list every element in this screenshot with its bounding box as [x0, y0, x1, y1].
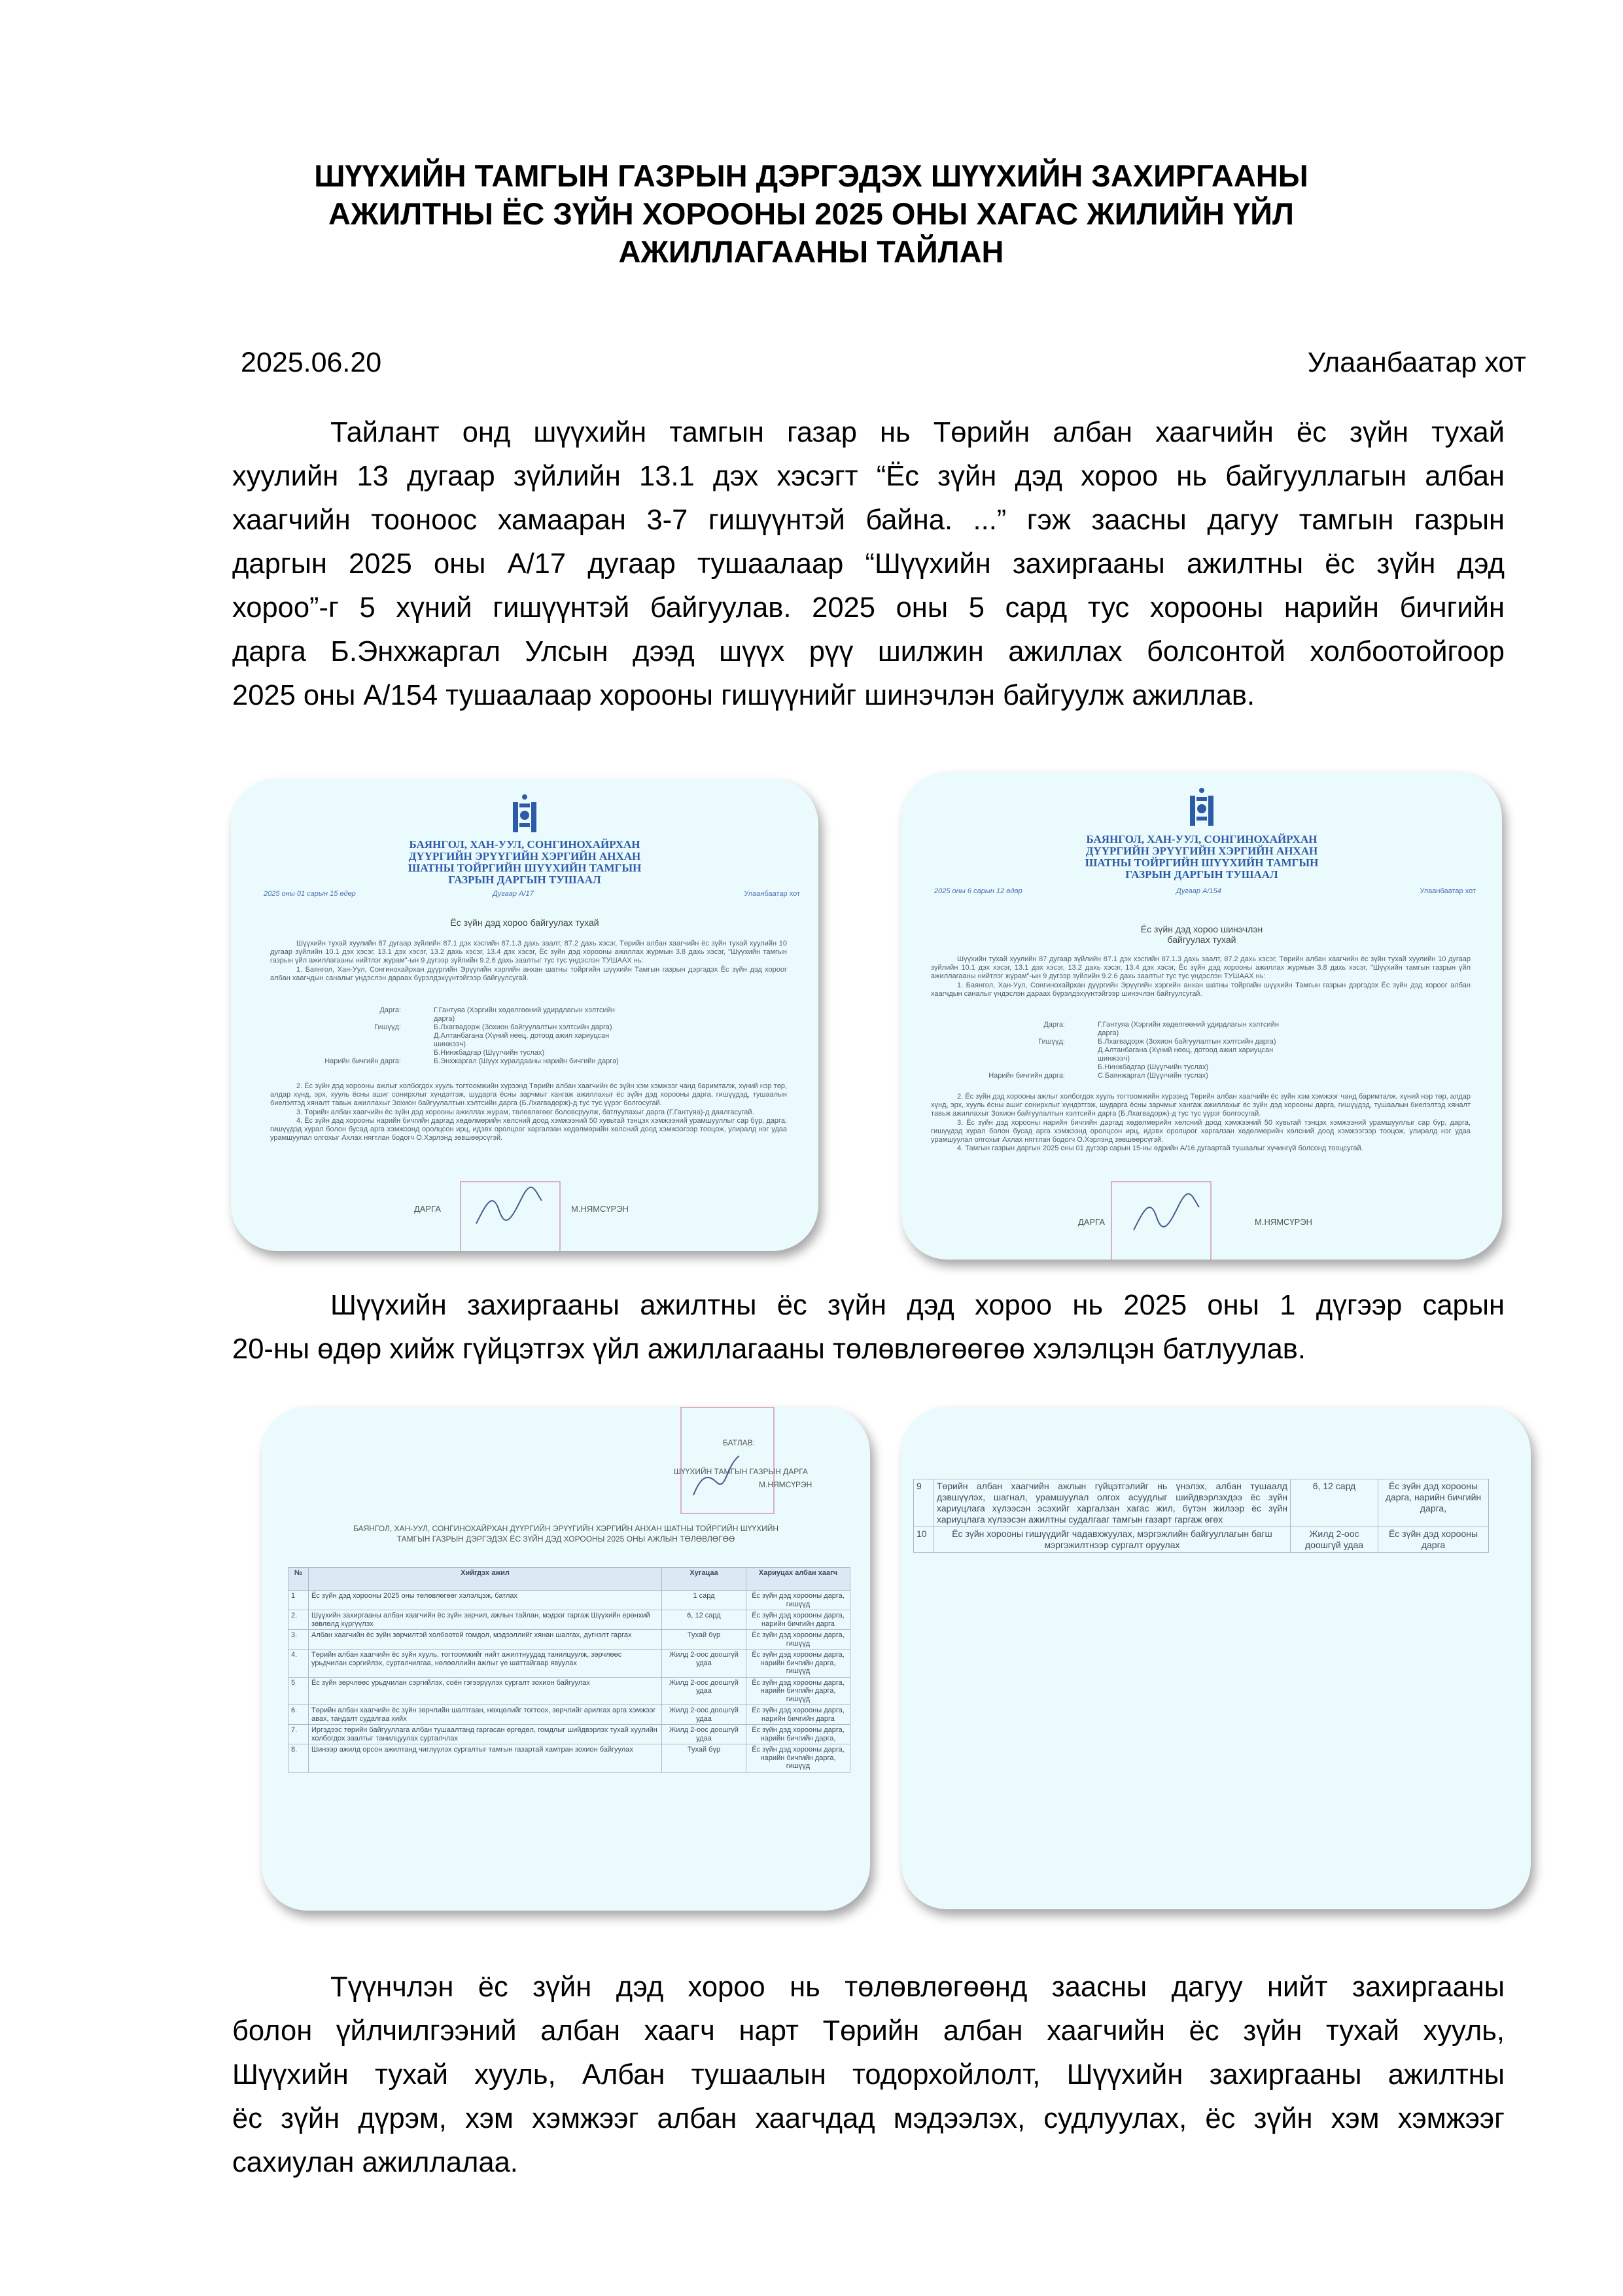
report-city: Улаанбаатар хот [1308, 344, 1526, 381]
table-row: 3.Албан хаагчийн ёс зүйн зөрчилтэй холбо… [288, 1630, 850, 1650]
paragraph-line: 2025 оны А/154 тушаалаар хорооны гишүүни… [232, 674, 1505, 718]
committee-members: Дарга:Г.Гантуяа (Хэргийн хөдөлгөөний уди… [270, 1006, 630, 1066]
plan-title: БАЯНГОЛ, ХАН-УУЛ, СОНГИНОХАЙРХАН ДҮҮРГИЙ… [262, 1523, 870, 1544]
issuer-heading: БАЯНГОЛ, ХАН-УУЛ, СОНГИНОХАЙРХАН ДҮҮРГИЙ… [231, 839, 818, 886]
table-row: 1Ёс зүйн дэд хорооны 2025 оны төлөвлөгөө… [288, 1591, 850, 1610]
order-preamble: Шүүхийн тухай хуулийн 87 дугаар зүйлийн … [270, 940, 787, 983]
paragraph-line: даргын 2025 оны А/17 дугаар тушаалаар “Ш… [232, 542, 1505, 586]
paragraph-line: Шүүхийн захиргааны ажилтны ёс зүйн дэд х… [232, 1284, 1505, 1328]
paragraph-plan: Шүүхийн захиргааны ажилтны ёс зүйн дэд х… [232, 1284, 1505, 1371]
paragraph-line: ёс зүйн дүрэм, хэм хэмжээг албан хаагчда… [232, 2097, 1505, 2141]
paragraph-line: хуулийн 13 дугаар зүйлийн 13.1 дэх хэсэг… [232, 455, 1505, 499]
order-city: Улаанбаатар хот [1420, 887, 1476, 895]
signer-title: ДАРГА [1078, 1217, 1105, 1227]
scanned-order-a17: БАЯНГОЛ, ХАН-УУЛ, СОНГИНОХАЙРХАН ДҮҮРГИЙ… [231, 779, 818, 1251]
paragraph-line: хаагчийн тооноос хамааран 3-7 гишүүнтэй … [232, 499, 1505, 542]
scanned-work-plan-page2: 9Төрийн албан хаагчийн ажлын гүйцэтгэлий… [901, 1407, 1531, 1909]
paragraph-line: болон үйлчилгээний албан хаагч нарт Төри… [232, 2009, 1505, 2053]
paragraph-line: Түүнчлэн ёс зүйн дэд хороо нь төлөвлөгөө… [232, 1966, 1505, 2009]
table-row: 10Ёс зүйн хорооны гишүүдийг чадавхжуулах… [914, 1527, 1489, 1553]
paragraph-line: хороо”-г 5 хүний гишүүнтэй байгуулав. 20… [232, 586, 1505, 630]
table-row: 5Ёс зүйн зөрчлөөс урьдчилан сэргийлэх, с… [288, 1677, 850, 1705]
table-row: 7.Иргэдээс төрийн байгууллага албан туша… [288, 1725, 850, 1744]
table-row: 6.Төрийн албан хаагчийн ёс зүйн зөрчлийн… [288, 1705, 850, 1725]
issuer-heading: БАЯНГОЛ, ХАН-УУЛ, СОНГИНОХАЙРХАН ДҮҮРГИЙ… [901, 834, 1502, 881]
title-line: ШҮҮХИЙН ТАМГЫН ГАЗРЫН ДЭРГЭДЭХ ШҮҮХИЙН З… [196, 157, 1426, 195]
title-line: АЖИЛЛАГААНЫ ТАЙЛАН [196, 233, 1426, 271]
work-plan-table: № Хийгдэх ажил Хугацаа Хариуцах албан ха… [288, 1567, 850, 1773]
soyombo-emblem-icon [1187, 786, 1216, 827]
paragraph-line: Шүүхийн тухай хууль, Албан тушаалын тодо… [232, 2053, 1505, 2097]
report-date: 2025.06.20 [241, 344, 381, 381]
order-date: 2025 оны 01 сарын 15 өдөр [264, 890, 356, 898]
soyombo-emblem-icon [510, 793, 539, 834]
paragraph-line: Тайлант онд шүүхийн тамгын газар нь Төри… [232, 411, 1505, 455]
paragraph-activities: Түүнчлэн ёс зүйн дэд хороо нь төлөвлөгөө… [232, 1966, 1505, 2185]
order-date: 2025 оны 6 сарын 12 өдөр [934, 887, 1022, 895]
signature-icon [473, 1184, 545, 1230]
table-row: 9Төрийн албан хаагчийн ажлын гүйцэтгэлий… [914, 1479, 1489, 1527]
approver-name: М.НЯМСҮРЭН [759, 1480, 812, 1489]
signer-title: ДАРГА [414, 1204, 441, 1214]
order-number: Дугаар А/17 [493, 890, 534, 898]
committee-members: Дарга:Г.Гантуяа (Хэргийн хөдөлгөөний уди… [934, 1021, 1294, 1080]
signature-icon [687, 1453, 759, 1498]
scanned-work-plan-page1: БАТЛАВ: ШҮҮХИЙН ТАМГЫН ГАЗРЫН ДАРГА М.НЯ… [262, 1407, 870, 1911]
paragraph-intro: Тайлант онд шүүхийн тамгын газар нь Төри… [232, 411, 1505, 718]
order-subject: Ёс зүйн дэд хороо байгуулах тухай [231, 917, 818, 928]
order-items: 2. Ёс зүйн дэд хорооны ажлыг холбогдох х… [931, 1093, 1471, 1153]
signer-name: М.НЯМСҮРЭН [571, 1204, 629, 1214]
approval-label: БАТЛАВ: [723, 1438, 755, 1447]
table-row: 8.Шинээр ажилд орсон ажилтанд чиглүүлэх … [288, 1744, 850, 1773]
title-line: АЖИЛТНЫ ЁС ЗҮЙН ХОРООНЫ 2025 ОНЫ ХАГАС Ж… [196, 195, 1426, 233]
order-subject: Ёс зүйн дэд хороо шинэчлэн байгуулах тух… [901, 924, 1502, 945]
table-row: 4.Төрийн албан хаагчийн ёс зүйн хууль, т… [288, 1650, 850, 1678]
table-header-row: № Хийгдэх ажил Хугацаа Хариуцах албан ха… [288, 1568, 850, 1591]
order-items: 2. Ёс зүйн дэд хорооны ажлыг холбогдох х… [270, 1082, 787, 1142]
order-preamble: Шүүхийн тухай хуулийн 87 дугаар зүйлийн … [931, 955, 1471, 998]
work-plan-table-continued: 9Төрийн албан хаагчийн ажлын гүйцэтгэлий… [913, 1479, 1489, 1553]
paragraph-line: дарга Б.Энхжаргал Улсын дээд шүүх рүү ши… [232, 630, 1505, 674]
table-row: 2.Шүүхийн захиргааны албан хаагчийн ёс з… [288, 1610, 850, 1630]
report-title: ШҮҮХИЙН ТАМГЫН ГАЗРЫН ДЭРГЭДЭХ ШҮҮХИЙН З… [196, 157, 1426, 271]
signer-name: М.НЯМСҮРЭН [1255, 1217, 1312, 1227]
scanned-order-a154: БАЯНГОЛ, ХАН-УУЛ, СОНГИНОХАЙРХАН ДҮҮРГИЙ… [901, 772, 1502, 1260]
paragraph-line: 20-ны өдөр хийж гүйцэтгэх үйл ажиллагаан… [232, 1328, 1505, 1371]
order-city: Улаанбаатар хот [744, 890, 800, 898]
paragraph-line: сахиулан ажиллалаа. [232, 2141, 1505, 2185]
signature-icon [1130, 1191, 1202, 1237]
order-number: Дугаар А/154 [1176, 887, 1221, 895]
